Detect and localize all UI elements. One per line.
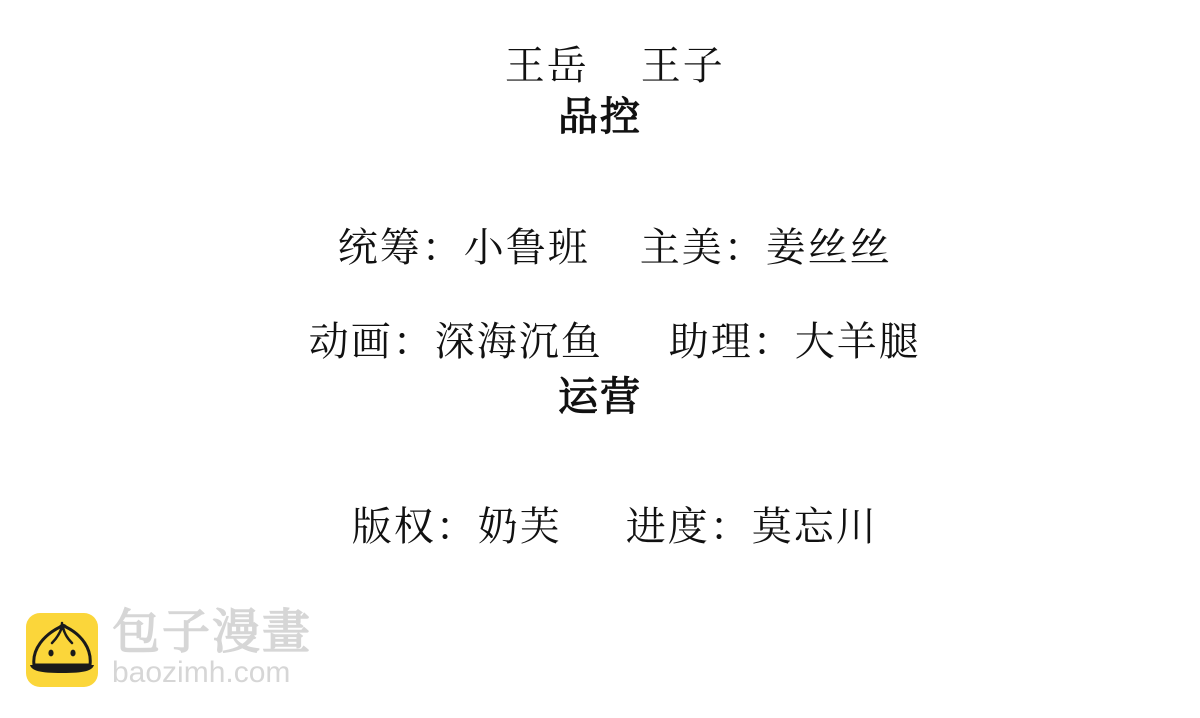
credit-row: 动画：深海沉鱼助理：大羊腿 bbox=[0, 282, 1200, 362]
credit-role: 版权 bbox=[352, 504, 436, 550]
credit-pair: 进度：莫忘川 bbox=[626, 507, 878, 547]
credit-role: 统筹 bbox=[338, 225, 422, 271]
credit-name: 小鲁班 bbox=[464, 225, 590, 271]
credit-pair: 助理：大羊腿 bbox=[669, 322, 921, 362]
credit-name: 莫忘川 bbox=[752, 504, 878, 550]
credit-separator: ： bbox=[710, 504, 752, 550]
credit-pair: 版权：奶芙 bbox=[352, 507, 562, 547]
credit-separator: ： bbox=[753, 319, 795, 365]
credit-name: 王子 bbox=[641, 43, 725, 89]
credit-row: 版权：奶芙进度：莫忘川 bbox=[0, 467, 1200, 547]
credit-separator: ： bbox=[393, 319, 435, 365]
watermark-text: 包子漫畫 baozimh.com bbox=[112, 612, 312, 688]
credit-pair: 动画：深海沉鱼 bbox=[309, 322, 603, 362]
credit-separator: ： bbox=[724, 225, 766, 271]
credit-separator: ： bbox=[436, 504, 478, 550]
credit-row: 统筹：小鲁班主美：姜丝丝 bbox=[0, 188, 1200, 268]
watermark-brand-cn: 包子漫畫 bbox=[112, 608, 312, 656]
credit-name: 姜丝丝 bbox=[766, 225, 892, 271]
credit-role: 动画 bbox=[309, 319, 393, 365]
credit-pair: 主美：姜丝丝 bbox=[640, 228, 892, 268]
credit-name: 王岳 bbox=[505, 43, 589, 89]
credit-line-top: 王岳王子 bbox=[0, 6, 1200, 86]
credit-name: 大羊腿 bbox=[795, 319, 921, 365]
credit-name: 深海沉鱼 bbox=[435, 319, 603, 365]
credit-role: 主美 bbox=[640, 225, 724, 271]
watermark-logo: 包子漫畫 baozimh.com bbox=[26, 612, 312, 688]
credit-role: 助理 bbox=[669, 319, 753, 365]
credit-name: 奶芙 bbox=[478, 504, 562, 550]
credit-role: 进度 bbox=[626, 504, 710, 550]
watermark-brand-url: baozimh.com bbox=[112, 658, 312, 688]
credit-pair: 统筹：小鲁班 bbox=[338, 228, 590, 268]
baozi-bun-icon bbox=[26, 613, 98, 687]
credit-separator: ： bbox=[422, 225, 464, 271]
section-heading-quality-control: 品控 bbox=[0, 97, 1200, 137]
section-heading-operations: 运营 bbox=[0, 377, 1200, 417]
